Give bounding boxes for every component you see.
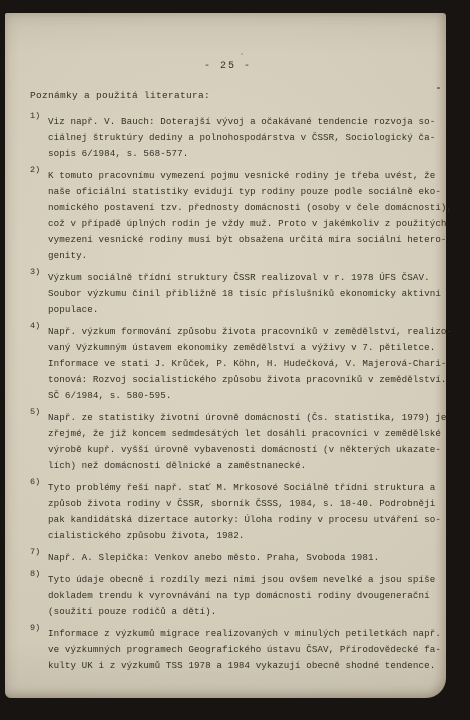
footnote-line: Např. ze statistiky životní úrovně domác…	[48, 410, 426, 426]
footnote-marker: 7)	[30, 547, 40, 557]
footnote-line: zřejmé, že již koncem sedmdesátých let d…	[48, 426, 426, 442]
footnote-item: 3)Výzkum sociálně třídní struktury ČSSR …	[30, 270, 426, 318]
footnote-item: 4)Např. výzkum formování způsobu života …	[30, 324, 426, 404]
footnote-marker: 3)	[30, 267, 40, 277]
footnote-item: 2)K tomuto pracovnímu vymezení pojmu ves…	[30, 168, 426, 264]
footnote-line: vymezení vesnické rodiny musí být obsaže…	[48, 232, 426, 248]
footnote-line: nomického postavení tzv. přednosty domác…	[48, 200, 426, 216]
footnote-marker: 2)	[30, 165, 40, 175]
footnote-line: výrobě kupř. vyšší úrovně vybavenosti do…	[48, 442, 426, 458]
footnote-text: Např. A. Slepička: Venkov anebo město. P…	[48, 550, 426, 566]
footnote-line: K tomuto pracovnímu vymezení pojmu vesni…	[48, 168, 426, 184]
footnote-line: Tyto problémy řeší např. stať M. Mrkosov…	[48, 480, 426, 496]
footnotes-list: 1)Viz např. V. Bauch: Doterajší vývoj a …	[30, 114, 426, 674]
footnote-item: 5)Např. ze statistiky životní úrovně dom…	[30, 410, 426, 474]
footnote-text: Výzkum sociálně třídní struktury ČSSR re…	[48, 270, 426, 318]
footnote-line: Např. výzkum formování způsobu života pr…	[48, 324, 426, 340]
footnote-line: genity.	[48, 248, 426, 264]
footnote-item: 6)Tyto problémy řeší např. stať M. Mrkos…	[30, 480, 426, 544]
scan-speck	[437, 87, 440, 89]
footnote-line: cialistického způsobu života, 1982.	[48, 528, 426, 544]
footnote-text: Viz např. V. Bauch: Doterajší vývoj a oč…	[48, 114, 426, 162]
footnote-line: lích) než domácnosti dělnické a zaměstna…	[48, 458, 426, 474]
footnote-line: (soužití pouze rodičů a dětí).	[48, 604, 426, 620]
document-page: - 25 - Poznámky a použitá literatura: 1)…	[5, 13, 446, 698]
footnote-line: naše oficiální statistiky evidují typ ro…	[48, 184, 426, 200]
footnote-marker: 1)	[30, 111, 40, 121]
footnote-line: SČ 6/1984, s. 580-595.	[48, 388, 426, 404]
footnote-line: populace.	[48, 302, 426, 318]
footnote-text: Tyto problémy řeší např. stať M. Mrkosov…	[48, 480, 426, 544]
footnote-line: tonová: Rozvoj socialistického způsobu ž…	[48, 372, 426, 388]
footnote-item: 9)Informace z výzkumů migrace realizovan…	[30, 626, 426, 674]
footnote-line: dokladem trendu k vyrovnávání na typ dom…	[48, 588, 426, 604]
footnote-marker: 9)	[30, 623, 40, 633]
scan-speck	[241, 53, 243, 55]
footnote-marker: 4)	[30, 321, 40, 331]
footnote-line: vaný Výzkumným ústavem ekonomiky zeměděl…	[48, 340, 426, 356]
footnote-marker: 5)	[30, 407, 40, 417]
footnote-line: pak kandidátská dizertace autorky: Úloha…	[48, 512, 426, 528]
footnote-item: 7)Např. A. Slepička: Venkov anebo město.…	[30, 550, 426, 566]
footnote-line: Informace ve stati J. Krůček, P. Köhn, H…	[48, 356, 426, 372]
footnote-item: 8)Tyto údaje obecně i rozdíly mezi nimi …	[30, 572, 426, 620]
footnote-text: Např. výzkum formování způsobu života pr…	[48, 324, 426, 404]
footnote-line: což v případě úplných rodin je vždy muž.…	[48, 216, 426, 232]
footnote-line: ciálnej štruktúry dediny a polnohospodár…	[48, 130, 426, 146]
footnote-line: kulty UK i z výzkumů TSS 1978 a 1984 vyk…	[48, 658, 426, 674]
footnote-line: ve výzkumných programech Geografického ú…	[48, 642, 426, 658]
footnote-line: Informace z výzkumů migrace realizovanýc…	[48, 626, 426, 642]
footnote-text: K tomuto pracovnímu vymezení pojmu vesni…	[48, 168, 426, 264]
footnote-marker: 8)	[30, 569, 40, 579]
footnote-line: Např. A. Slepička: Venkov anebo město. P…	[48, 550, 426, 566]
footnote-text: Informace z výzkumů migrace realizovanýc…	[48, 626, 426, 674]
footnote-text: Tyto údaje obecně i rozdíly mezi nimi js…	[48, 572, 426, 620]
footnote-marker: 6)	[30, 477, 40, 487]
footnote-item: 1)Viz např. V. Bauch: Doterajší vývoj a …	[30, 114, 426, 162]
footnote-line: Výzkum sociálně třídní struktury ČSSR re…	[48, 270, 426, 286]
section-heading: Poznámky a použitá literatura:	[30, 90, 426, 101]
scan-background: - 25 - Poznámky a použitá literatura: 1)…	[0, 0, 470, 720]
footnote-line: Viz např. V. Bauch: Doterajší vývoj a oč…	[48, 114, 426, 130]
page-number: - 25 -	[30, 61, 426, 72]
footnote-line: způsob života rodiny v ČSSR, sborník ČSS…	[48, 496, 426, 512]
footnote-line: Tyto údaje obecně i rozdíly mezi nimi js…	[48, 572, 426, 588]
footnote-line: sopis 6/1984, s. 568-577.	[48, 146, 426, 162]
footnote-text: Např. ze statistiky životní úrovně domác…	[48, 410, 426, 474]
footnote-line: Soubor výzkumu činil přibližně 18 tisíc …	[48, 286, 426, 302]
